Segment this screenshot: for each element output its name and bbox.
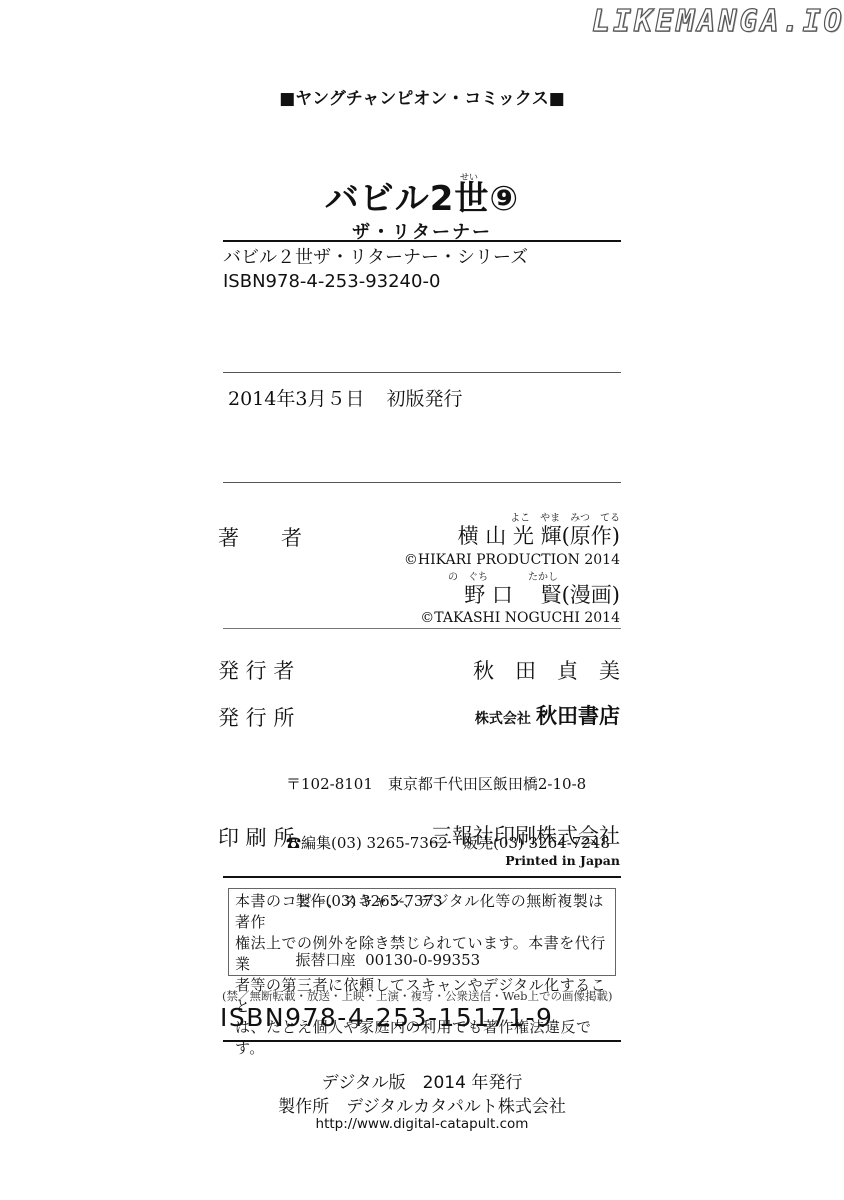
divider bbox=[223, 628, 621, 629]
author2-copyright: ©TAKASHI NOGUCHI 2014 bbox=[420, 610, 620, 626]
author2-name: 野 口 賢(漫画) bbox=[464, 579, 620, 609]
address-postal: 〒102-8101 東京都千代田区飯田橋2-10-8 bbox=[286, 775, 610, 795]
publisher-company-label: 発 行 所 bbox=[218, 702, 294, 732]
printer-name: 三報社印刷株式会社 bbox=[431, 820, 620, 850]
series-name: バビル２世ザ・リターナー・シリーズ bbox=[223, 246, 528, 270]
printer-label: 印 刷 所 bbox=[218, 822, 294, 852]
notice-line: 権法上での例外を除き禁じられています。本書を代行業 bbox=[235, 933, 609, 975]
company-prefix: 株式会社 bbox=[475, 711, 531, 727]
divider bbox=[223, 482, 621, 483]
copyright-notice: 本書のコピー、スキャン、デジタル化等の無断複製は著作 権法上での例外を除き禁じら… bbox=[228, 888, 616, 976]
book-title: バビル2世⑨ bbox=[0, 180, 844, 218]
publisher-person-name: 秋 田 貞 美 bbox=[473, 655, 620, 685]
digital-url[interactable]: http://www.digital-catapult.com bbox=[0, 1116, 844, 1132]
series-isbn: ISBN978-4-253-93240-0 bbox=[223, 270, 528, 294]
imprint-label: ■ヤングチャンピオン・コミックス■ bbox=[0, 84, 844, 109]
site-watermark: LIKEMANGA.IO bbox=[592, 4, 844, 39]
publisher-person-label: 発 行 者 bbox=[218, 655, 294, 685]
edition-line: 2014年3月５日初版発行 bbox=[228, 384, 462, 411]
restrictions-note: (禁／無断転載・放送・上映・上演・複写・公衆送信・Web上での画像掲載) bbox=[222, 988, 613, 1004]
author1-name: 横 山 光 輝(原作) bbox=[458, 520, 620, 550]
edition-date: 2014年3月５日 bbox=[228, 388, 364, 410]
printed-in: Printed in Japan bbox=[505, 853, 620, 868]
divider bbox=[223, 1040, 621, 1042]
digital-producer: 製作所 デジタルカタパルト株式会社 bbox=[0, 1092, 844, 1117]
isbn: ISBN978-4-253-15171-9 bbox=[220, 1003, 553, 1032]
edition-label: 初版発行 bbox=[386, 388, 462, 410]
authors-label: 著 者 bbox=[218, 522, 302, 552]
digital-edition: デジタル版 2014 年発行 bbox=[0, 1068, 844, 1093]
publisher-company: 株式会社 秋田書店 bbox=[475, 700, 620, 730]
divider bbox=[223, 240, 621, 242]
series-info: バビル２世ザ・リターナー・シリーズ ISBN978-4-253-93240-0 bbox=[223, 246, 528, 294]
company-name: 秋田書店 bbox=[536, 703, 620, 728]
divider bbox=[223, 372, 621, 373]
author1-copyright: ©HIKARI PRODUCTION 2014 bbox=[404, 552, 620, 568]
divider bbox=[223, 876, 621, 878]
notice-line: 本書のコピー、スキャン、デジタル化等の無断複製は著作 bbox=[235, 891, 609, 933]
